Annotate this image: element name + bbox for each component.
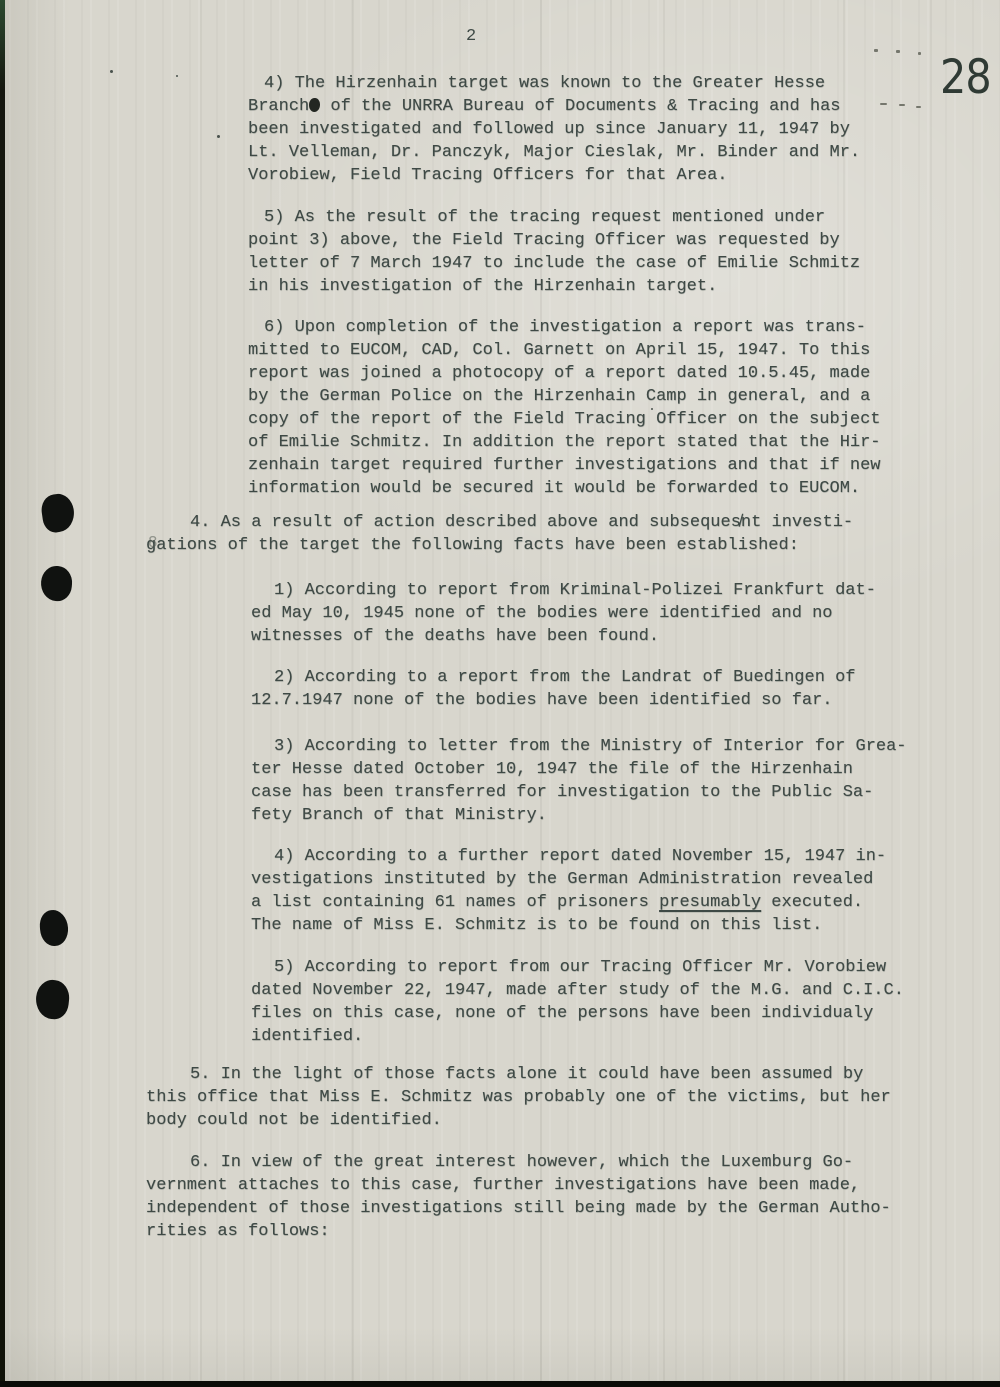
pencil-mark xyxy=(874,49,878,52)
typed-line: of Emilie Schmitz. In addition the repor… xyxy=(248,431,881,454)
scan-left-edge xyxy=(0,0,5,1387)
typed-line: a list containing 61 names of prisoners … xyxy=(251,891,886,914)
typed-line: 2) According to a report from the Landra… xyxy=(251,666,856,689)
typed-paragraph: 1) According to report from Kriminal-Pol… xyxy=(251,579,876,648)
typed-line: this office that Miss E. Schmitz was pro… xyxy=(146,1086,891,1109)
pencil-mark xyxy=(918,52,921,55)
paper-speck xyxy=(217,135,220,138)
typed-line: 4. As a result of action described above… xyxy=(146,511,853,534)
typed-line: vestigations instituted by the German Ad… xyxy=(251,868,886,891)
punch-hole xyxy=(40,565,74,603)
typed-line: vernment attaches to this case, further … xyxy=(146,1174,891,1197)
typed-line: 1) According to report from Kriminal-Pol… xyxy=(251,579,876,602)
typed-line: information would be secured it would be… xyxy=(248,477,881,500)
typed-line: files on this case, none of the persons … xyxy=(251,1002,904,1025)
paper-speck xyxy=(651,408,653,410)
typed-line: independent of those investigations stil… xyxy=(146,1197,891,1220)
typed-paragraph: 4. As a result of action described above… xyxy=(146,511,853,557)
typed-paragraph: 5) As the result of the tracing request … xyxy=(248,206,860,298)
typed-line: rities as follows: xyxy=(146,1220,891,1243)
typed-line: by the German Police on the Hirzenhain C… xyxy=(248,385,881,408)
typed-line: letter of 7 March 1947 to include the ca… xyxy=(248,252,860,275)
punch-hole xyxy=(34,978,71,1020)
typed-line: zenhain target required further investig… xyxy=(248,454,881,477)
pencil-mark xyxy=(916,106,921,108)
page-number: 2 xyxy=(466,27,476,46)
pencil-mark xyxy=(896,50,900,53)
typed-paragraph: 4) The Hirzenhain target was known to th… xyxy=(248,72,860,187)
typed-line: mitted to EUCOM, CAD, Col. Garnett on Ap… xyxy=(248,339,881,362)
folio-number: 28 xyxy=(940,54,991,101)
typed-line: Vorobiew, Field Tracing Officers for tha… xyxy=(248,164,860,187)
typed-line: 5) As the result of the tracing request … xyxy=(248,206,860,229)
typed-line: 4) According to a further report dated N… xyxy=(251,845,886,868)
typed-line: 6. In view of the great interest however… xyxy=(146,1151,891,1174)
typed-line: in his investigation of the Hirzenhain t… xyxy=(248,275,860,298)
typed-line: copy of the report of the Field Tracing … xyxy=(248,408,881,431)
typed-line: ter Hesse dated October 10, 1947 the fil… xyxy=(251,758,907,781)
document-page: 2 28 4) The Hirzenhain target was known … xyxy=(0,0,1000,1387)
paper-speck xyxy=(176,75,178,77)
typed-paragraph: 5. In the light of those facts alone it … xyxy=(146,1063,891,1132)
typed-paragraph: 4) According to a further report dated N… xyxy=(251,845,886,937)
pencil-mark: 8 xyxy=(148,533,158,551)
pencil-mark xyxy=(880,103,887,105)
typed-line: body could not be identified. xyxy=(146,1109,891,1132)
typed-line: report was joined a photocopy of a repor… xyxy=(248,362,881,385)
typed-line: Branch of the UNRRA Bureau of Documents … xyxy=(248,95,860,118)
typed-line: fety Branch of that Ministry. xyxy=(251,804,907,827)
punch-hole xyxy=(39,909,69,947)
ink-blot xyxy=(309,98,320,112)
typed-paragraph: 6. In view of the great interest however… xyxy=(146,1151,891,1243)
typed-line: The name of Miss E. Schmitz is to be fou… xyxy=(251,914,886,937)
scan-bottom-edge xyxy=(0,1381,1000,1387)
typed-line: been investigated and followed up since … xyxy=(248,118,860,141)
typed-line: 12.7.1947 none of the bodies have been i… xyxy=(251,689,856,712)
typed-line: 5. In the light of those facts alone it … xyxy=(146,1063,891,1086)
typed-line: Lt. Velleman, Dr. Panczyk, Major Cieslak… xyxy=(248,141,860,164)
typed-line: ed May 10, 1945 none of the bodies were … xyxy=(251,602,876,625)
typed-line: dated November 22, 1947, made after stud… xyxy=(251,979,904,1002)
paper-crease xyxy=(930,0,932,1387)
typed-paragraph: 5) According to report from our Tracing … xyxy=(251,956,904,1048)
typed-line: point 3) above, the Field Tracing Office… xyxy=(248,229,860,252)
typed-line: 3) According to letter from the Ministry… xyxy=(251,735,907,758)
typed-line: 4) The Hirzenhain target was known to th… xyxy=(248,72,860,95)
typed-paragraph: 3) According to letter from the Ministry… xyxy=(251,735,907,827)
typed-line: 6) Upon completion of the investigation … xyxy=(248,316,881,339)
typed-line: gations of the target the following fact… xyxy=(146,534,853,557)
typed-line: case has been transferred for investigat… xyxy=(251,781,907,804)
typed-paragraph: 6) Upon completion of the investigation … xyxy=(248,316,881,500)
typed-line: witnesses of the deaths have been found. xyxy=(251,625,876,648)
typed-paragraph: 2) According to a report from the Landra… xyxy=(251,666,856,712)
paper-speck xyxy=(110,70,113,73)
pencil-mark xyxy=(899,104,905,106)
typed-line: 5) According to report from our Tracing … xyxy=(251,956,904,979)
typed-line: identified. xyxy=(251,1025,904,1048)
punch-hole xyxy=(40,492,77,534)
